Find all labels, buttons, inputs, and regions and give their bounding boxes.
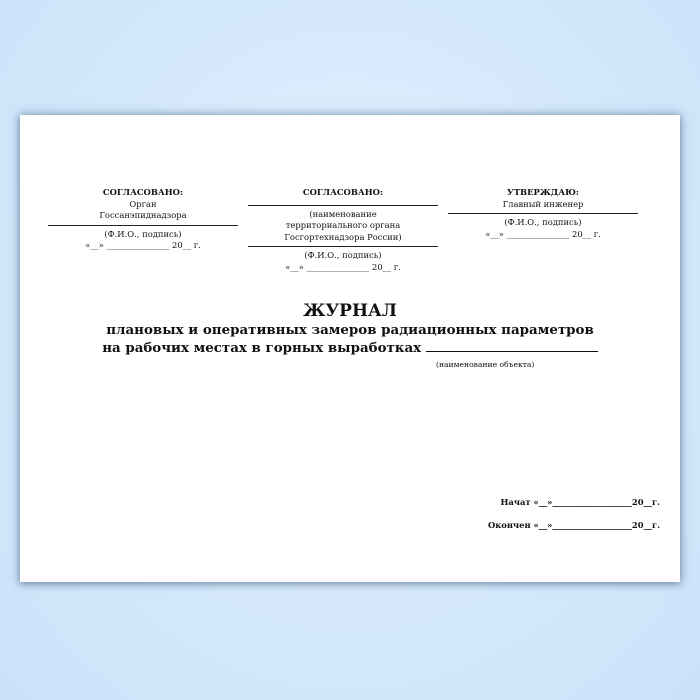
document-title: ЖУРНАЛ — [20, 301, 680, 321]
started-date: «__»___________________20__г. — [534, 497, 660, 507]
approval-heading: СОГЛАСОВАНО: — [248, 187, 438, 199]
date-line: «__» _______________ 20__ г. — [48, 240, 238, 252]
approval-position-line: Главный инженер — [448, 199, 638, 211]
approval-block-sanepid: СОГЛАСОВАНО: Орган Госсанэпиднадзора (Ф.… — [48, 187, 238, 252]
document-subtitle: плановых и оперативных замеров радиацион… — [20, 322, 680, 357]
date-line: «__» _______________ 20__ г. — [248, 262, 438, 274]
approval-block-chief-engineer: УТВЕРЖДАЮ: Главный инженер (Ф.И.О., подп… — [448, 187, 638, 240]
subtitle-line-1: плановых и оперативных замеров радиацион… — [20, 322, 680, 339]
approval-org-line: Госгортехнадзора России) — [248, 232, 438, 244]
approval-heading: СОГЛАСОВАНО: — [48, 187, 238, 199]
subtitle-line-2: на рабочих местах в горных выработках — [102, 339, 598, 357]
started-date-row: Начат «__»___________________20__г. — [475, 497, 660, 507]
approval-block-gosgortekhnadzor: СОГЛАСОВАНО: (наименование территориальн… — [248, 187, 438, 273]
org-name-line — [248, 205, 438, 206]
finished-date: «__»___________________20__г. — [534, 520, 660, 530]
finished-date-row: Окончен «__»___________________20__г. — [475, 520, 660, 530]
approval-org-line: Госсанэпиднадзора — [48, 210, 238, 222]
signature-line — [248, 246, 438, 247]
finished-label: Окончен — [488, 520, 531, 530]
signature-caption: (Ф.И.О., подпись) — [248, 250, 438, 262]
subtitle-line-2-text: на рабочих местах в горных выработках — [102, 340, 421, 356]
object-name-blank — [426, 339, 598, 352]
approval-org-line: Орган — [48, 199, 238, 211]
signature-line — [48, 225, 238, 226]
started-label: Начат — [501, 497, 531, 507]
journal-cover-page: СОГЛАСОВАНО: Орган Госсанэпиднадзора (Ф.… — [20, 115, 680, 582]
date-line: «__» _______________ 20__ г. — [448, 229, 638, 241]
object-name-caption: (наименование объекта) — [436, 360, 534, 369]
signature-caption: (Ф.И.О., подпись) — [48, 229, 238, 241]
approval-heading: УТВЕРЖДАЮ: — [448, 187, 638, 199]
approval-org-line: (наименование — [248, 209, 438, 221]
approval-org-line: территориального органа — [248, 220, 438, 232]
signature-line — [448, 213, 638, 214]
signature-caption: (Ф.И.О., подпись) — [448, 217, 638, 229]
